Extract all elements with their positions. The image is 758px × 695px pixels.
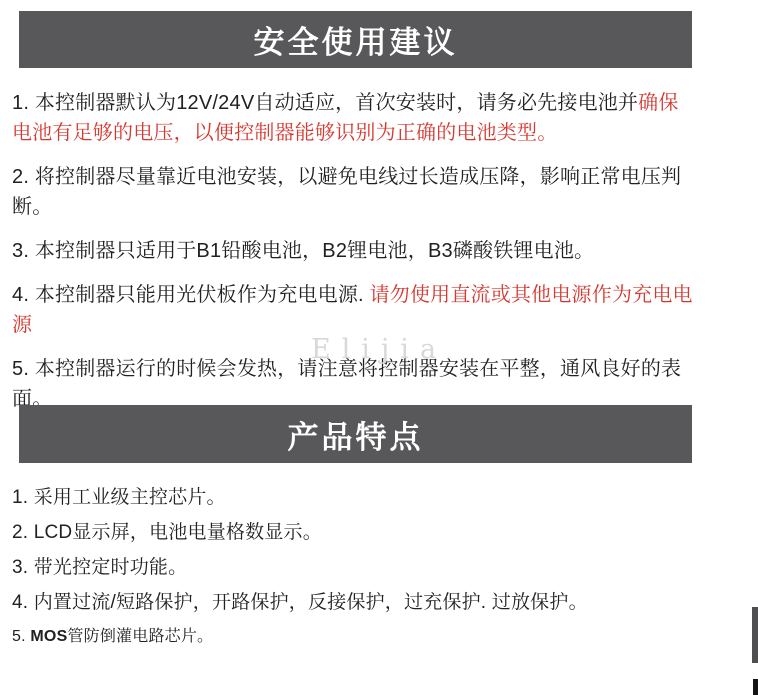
- item-text: 1. 本控制器默认为12V/24V自动适应，首次安装时，请务必先接电池并: [12, 92, 638, 114]
- item-text: 1. 采用工业级主控芯片。: [12, 487, 226, 508]
- item-text: 3. 带光控定时功能。: [12, 557, 187, 578]
- item-text: 4. 内置过流/短路保护，开路保护，反接保护，过充保护. 过放保护。: [12, 592, 588, 613]
- watermark-text: Elijia: [0, 334, 758, 365]
- list-item: 3. 带光控定时功能。: [12, 557, 696, 578]
- item-text: 4. 本控制器只能用光伏板作为充电电源.: [12, 284, 370, 306]
- item-text: 5. 本控制器运行的时候会发热，请注意将控制器安装在平整，通风良好的表面。: [12, 358, 681, 410]
- right-edge-bar-top: [752, 607, 758, 663]
- section-header-safety: 安全使用建议: [19, 11, 692, 68]
- section-title-features: 产品特点: [288, 412, 424, 457]
- product-features-list: 1. 采用工业级主控芯片。2. LCD显示屏，电池电量格数显示。3. 带光控定时…: [12, 487, 696, 661]
- item-text: MOS: [30, 628, 67, 645]
- item-text: 2. 将控制器尽量靠近电池安装，以避免电线过长造成压降，影响正常电压判断。: [12, 166, 681, 218]
- list-item: 3. 本控制器只适用于B1铅酸电池，B2锂电池，B3磷酸铁锂电池。: [12, 236, 696, 266]
- item-text: 3. 本控制器只适用于B1铅酸电池，B2锂电池，B3磷酸铁锂电池。: [12, 240, 594, 262]
- section-title-safety: 安全使用建议: [254, 17, 458, 62]
- safety-instructions-list: 1. 本控制器默认为12V/24V自动适应，首次安装时，请务必先接电池并确保电池…: [12, 88, 696, 428]
- item-text: 管防倒灌电路芯片。: [67, 628, 213, 645]
- list-item: 2. LCD显示屏，电池电量格数显示。: [12, 522, 696, 543]
- right-edge-bar-bottom: [753, 679, 758, 695]
- list-item: 2. 将控制器尽量靠近电池安装，以避免电线过长造成压降，影响正常电压判断。: [12, 162, 696, 222]
- list-item: 4. 本控制器只能用光伏板作为充电电源. 请勿使用直流或其他电源作为充电电源: [12, 280, 696, 340]
- item-text: 5.: [12, 628, 30, 645]
- list-item: 4. 内置过流/短路保护，开路保护，反接保护，过充保护. 过放保护。: [12, 592, 696, 613]
- section-header-features: 产品特点: [19, 405, 692, 463]
- list-item: 1. 采用工业级主控芯片。: [12, 487, 696, 508]
- list-item: 1. 本控制器默认为12V/24V自动适应，首次安装时，请务必先接电池并确保电池…: [12, 88, 696, 148]
- item-text: 2. LCD显示屏，电池电量格数显示。: [12, 522, 322, 543]
- list-item: 5. MOS管防倒灌电路芯片。: [12, 627, 696, 647]
